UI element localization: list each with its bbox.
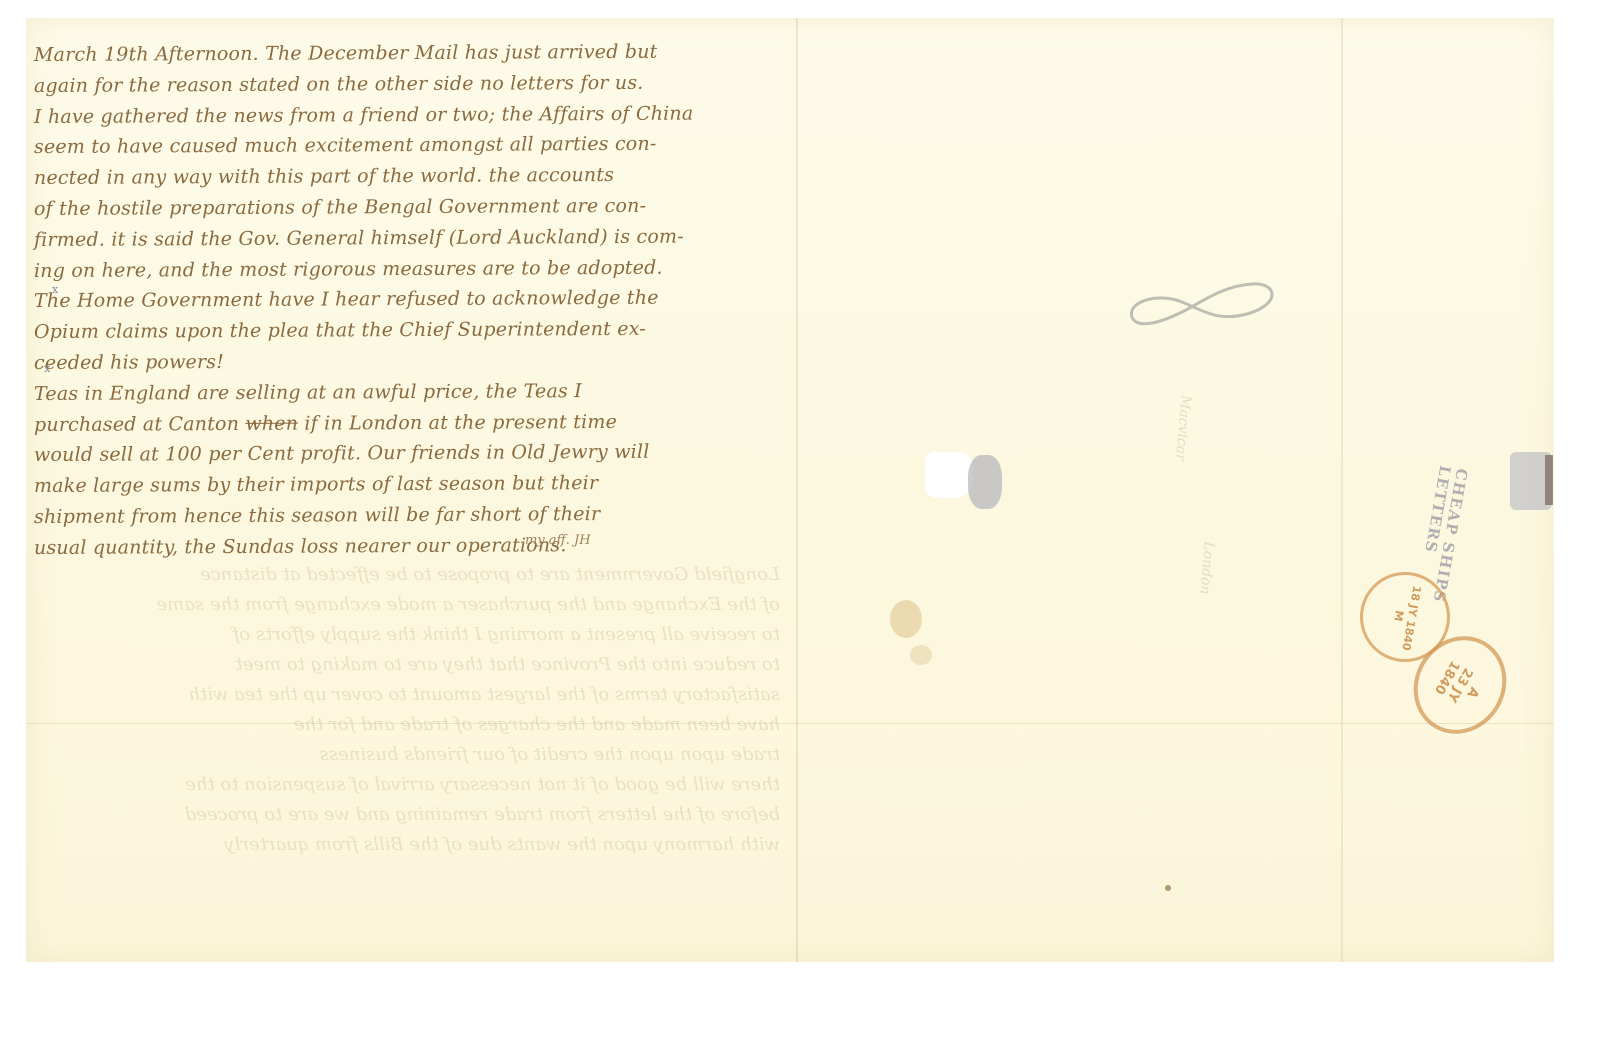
letter-line: would sell at 100 per Cent profit. Our f… [34, 436, 774, 471]
letter-line: shipment from hence this season will be … [34, 498, 774, 533]
signoff: my aff. JH [525, 533, 591, 548]
bleed-through-text: Longfield Government are to propose to b… [40, 560, 780, 920]
letter-line: Opium claims upon the plea that the Chie… [34, 313, 774, 348]
letter-line: ing on here, and the most rigorous measu… [34, 252, 774, 287]
flourish-icon [1122, 272, 1282, 332]
letter-body: March 19th Afternoon. The December Mail … [34, 40, 774, 564]
letter-line: March 19th Afternoon. The December Mail … [34, 36, 774, 71]
letter-line: purchased at Canton when if in London at… [34, 406, 774, 441]
letter-line: make large sums by their imports of last… [34, 467, 774, 502]
letter-fragment: if in London at the present time [304, 411, 617, 435]
stain [910, 645, 932, 665]
margin-mark: x [44, 362, 50, 375]
stain [1165, 885, 1171, 891]
letter-line: The Home Government have I hear refused … [34, 283, 774, 318]
wax-seal-edge [1545, 455, 1553, 505]
letter-line: usual quantity, the Sundas loss nearer o… [34, 529, 774, 564]
seal-tear [925, 452, 973, 498]
struck-word: when [245, 412, 298, 434]
letter-line: Teas in England are selling at an awful … [34, 375, 774, 410]
letter-fragment: purchased at Canton [34, 412, 239, 435]
letter-line: firmed. it is said the Gov. General hims… [34, 221, 774, 256]
stain [890, 600, 922, 638]
letter-line: seem to have caused much excitement amon… [34, 129, 774, 164]
margin-mark: x [52, 283, 58, 296]
wax-seal-residue [968, 455, 1002, 509]
letter-line: I have gathered the news from a friend o… [34, 98, 774, 133]
center-fold-line [796, 18, 798, 962]
letter-line: nected in any way with this part of the … [34, 159, 774, 194]
letter-line: of the hostile preparations of the Benga… [34, 190, 774, 225]
right-fold-line [1341, 18, 1343, 962]
letter-line: again for the reason stated on the other… [34, 67, 774, 102]
letter-line: ceeded his powers! [34, 344, 774, 379]
